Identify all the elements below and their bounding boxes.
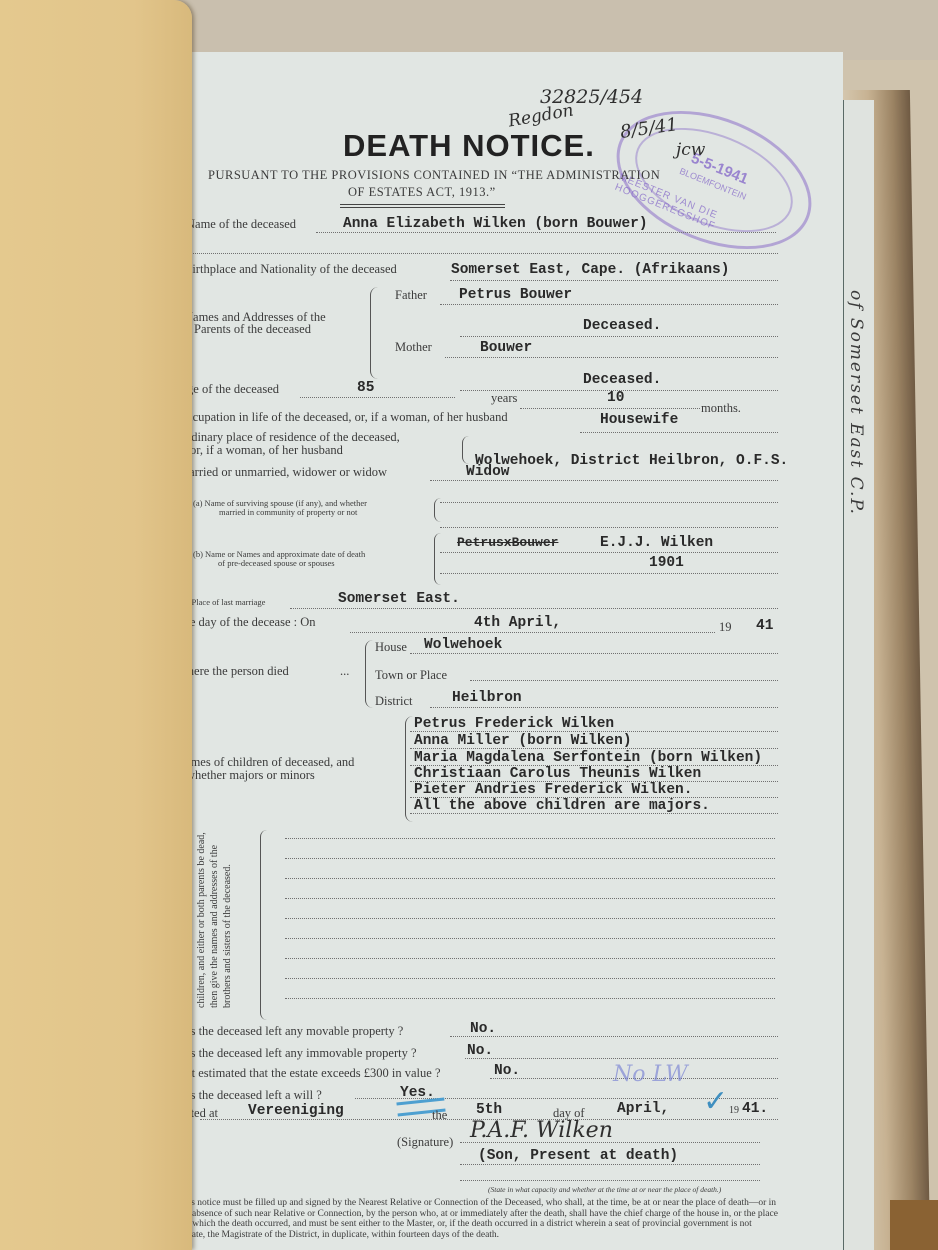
siblings-instruction: to be written out in full. If there are … [182,828,262,1008]
sibling-line-7 [285,958,775,959]
capacity-line [460,1164,760,1165]
father-line [440,304,778,305]
residence-label-2: or, if a woman, of her husband [190,443,343,458]
subtitle-line2: OF ESTATES ACT, 1913.” [348,185,496,200]
dated-at-value: Vereeniging [248,1103,344,1119]
father-value: Petrus Bouwer [459,287,572,303]
the-label: the [432,1108,447,1123]
father-line-2 [460,336,778,337]
marriage-place-value: Somerset East. [338,591,460,607]
decease-day-label: The day of the decease : On [176,615,316,630]
sibling-line-8 [285,978,775,979]
title-rule [340,204,505,208]
name-value: Anna Elizabeth Wilken (born Bouwer) [343,216,648,232]
signature-value: P.A.F. Wilken [470,1118,613,1143]
name-line [316,232,776,233]
where-died-label: Where the person died [176,664,289,679]
blue-checkmark: ✓ [703,1084,728,1119]
sibling-line-5 [285,918,775,919]
occupation-label: Occupation in life of the deceased, or, … [178,410,508,425]
immovable-label: Has the deceased left any immovable prop… [176,1046,417,1061]
spouse-a-line-2 [440,527,778,528]
registry-initials: jcw [676,140,705,160]
children-majors-note: All the above children are majors. [414,798,710,814]
spouse-a-line-1 [440,502,778,503]
footer-instructions: This notice must be filled up and signed… [178,1198,778,1240]
birthplace-line [450,280,778,281]
house-label: House [375,640,407,655]
father-status: Deceased. [583,318,661,334]
house-line [410,653,778,654]
margin-strip [843,100,874,1250]
spouse-a-label-2: married in community of property or not [219,507,357,517]
child-4: Christiaan Carolus Theunis Wilken [414,766,701,782]
parents-label-2: Parents of the deceased [194,322,311,337]
district-value: Heilbron [452,690,522,706]
movable-value: No. [470,1021,496,1037]
signature-label: (Signature) [397,1135,453,1150]
subtitle-line1: PURSUANT TO THE PROVISIONS CONTAINED IN … [208,168,660,183]
mother-value: Bouwer [480,340,532,356]
age-label: Age of the deceased [178,382,279,397]
floor [890,1200,938,1250]
children-brace [405,716,413,822]
child-5: Pieter Andries Frederick Wilken. [414,782,692,798]
name-label: Name of the deceased [186,217,296,232]
marital-line [430,480,778,481]
spouse-b-brace [434,533,441,585]
birthplace-label: Birthplace and Nationality of the deceas… [184,262,397,277]
age-years: 85 [357,380,374,396]
age-months-line [520,408,700,409]
occupation-value: Housewife [600,412,678,428]
age-months: 10 [607,390,624,406]
sibling-line-2 [285,858,775,859]
decease-day-line [350,632,715,633]
capacity-value: (Son, Present at death) [478,1148,678,1164]
will-annotation: No LW [613,1062,688,1087]
sibling-line-6 [285,938,775,939]
capacity-caption: (State in what capacity and whether at t… [488,1185,721,1194]
months-label: months. [701,401,741,416]
sibling-line-4 [285,898,775,899]
folder-cover [0,0,192,1250]
spouse-b-value: E.J.J. Wilken [600,535,713,551]
movable-label: Has the deceased left any movable proper… [176,1024,403,1039]
dated-century: 19 [729,1105,739,1116]
sibling-line-3 [285,878,775,879]
decease-year: 41 [756,618,773,634]
residence-value: Wolwehoek, District Heilbron, O.F.S. [475,453,788,469]
sibling-line-1 [285,838,775,839]
district-label: District [375,694,413,709]
town-label: Town or Place [375,668,447,683]
spouse-a-brace [434,498,441,522]
dated-day: 5th [476,1102,502,1118]
name-line-2 [186,253,778,254]
spouse-b-line-1 [440,552,778,553]
dated-year: 41. [742,1101,768,1117]
spouse-b-line-2 [440,573,778,574]
will-label: Has the deceased left a will ? [176,1088,322,1103]
house-value: Wolwehoek [424,637,502,653]
marital-value: Widow [466,464,510,480]
where-died-brace [365,640,373,708]
child-3: Maria Magdalena Serfontein (born Wilken) [414,750,762,766]
estate-label: Is it estimated that the estate exceeds … [176,1066,441,1081]
dated-month: April, [617,1101,669,1117]
spouse-b-year: 1901 [649,555,684,571]
movable-line [450,1036,778,1037]
father-label: Father [395,288,427,303]
mother-label: Mother [395,340,432,355]
where-died-dots: ... [340,664,349,679]
immovable-line [465,1058,778,1059]
age-years-line [300,397,455,398]
marital-label: Married or unmarried, widower or widow [178,465,387,480]
child-2: Anna Miller (born Wilken) [414,733,632,749]
marriage-place-label: (c) Place of last marriage [180,597,265,607]
estate-value: No. [494,1063,520,1079]
mother-status: Deceased. [583,372,661,388]
page-title: DEATH NOTICE. [343,128,595,164]
decease-day-value: 4th April, [474,615,561,631]
town-line [470,680,778,681]
siblings-brace [260,830,267,1020]
sibling-line-9 [285,998,775,999]
marriage-place-line [290,608,778,609]
spouse-b-struck-name: PetrusxBouwer [457,535,558,550]
mother-line [445,357,778,358]
child-1: Petrus Frederick Wilken [414,716,614,732]
parents-brace [370,287,379,379]
capacity-line-2 [460,1180,760,1181]
spouse-b-label-2: of pre-deceased spouse or spouses [218,558,335,568]
years-label: years [491,391,517,406]
residence-brace [462,436,469,464]
birthplace-value: Somerset East, Cape. (Afrikaans) [451,262,729,278]
children-label-2: whether majors or minors [186,768,315,783]
district-line [430,707,778,708]
occupation-line [580,432,778,433]
immovable-value: No. [467,1043,493,1059]
margin-note: of Somerset East C.P. [846,290,866,516]
decease-century: 19 [719,620,732,635]
